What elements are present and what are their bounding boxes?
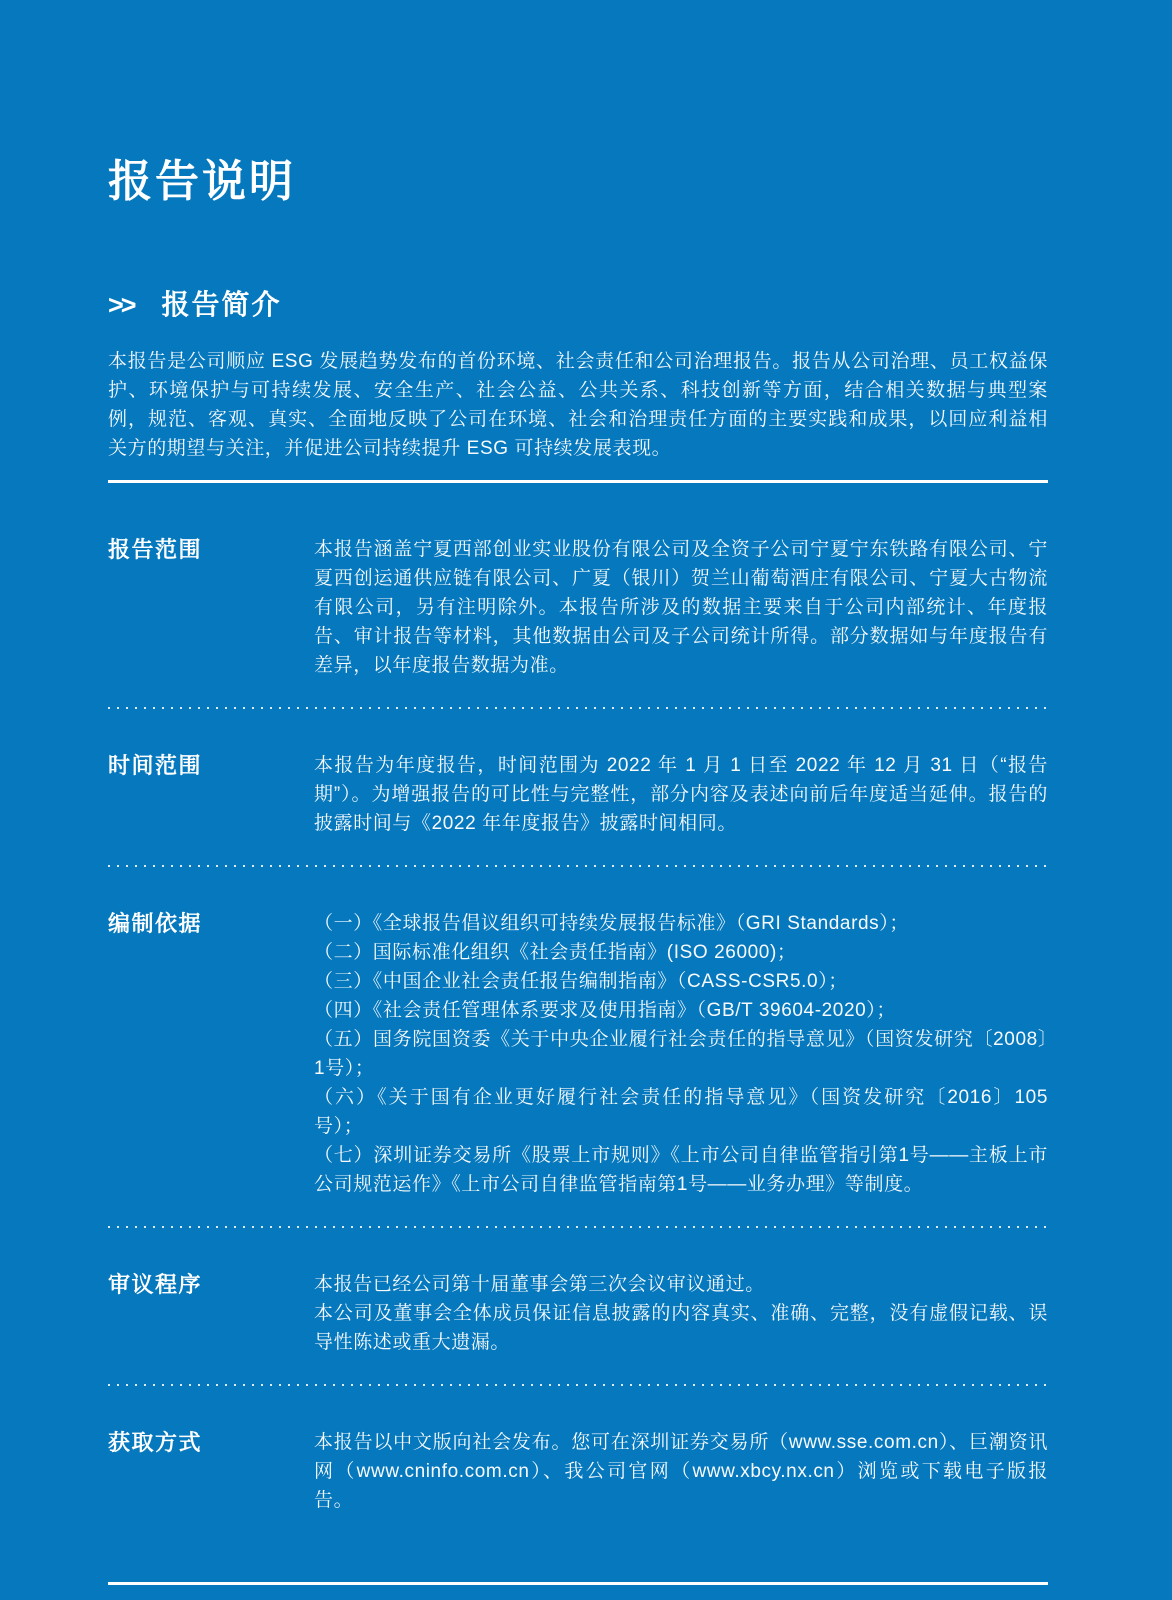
intro-paragraph: 本报告是公司顺应 ESG 发展趋势发布的首份环境、社会责任和公司治理报告。报告从… [108,347,1048,463]
section-label: 编制依据 [108,909,314,1199]
section-paragraph: （一）《全球报告倡议组织可持续发展报告标准》（GRI Standards）； [314,909,1048,938]
report-description-page: 报告说明 >> 报告简介 本报告是公司顺应 ESG 发展趋势发布的首份环境、社会… [0,0,1172,1600]
section-paragraph: 本报告已经公司第十届董事会第三次会议审议通过。 [314,1270,1048,1299]
section-label: 报告范围 [108,535,314,680]
page-title: 报告说明 [108,0,1048,206]
section-row: 审议程序本报告已经公司第十届董事会第三次会议审议通过。本公司及董事会全体成员保证… [108,1228,1048,1384]
section-label: 获取方式 [108,1428,314,1515]
section-content: 本报告为年度报告，时间范围为 2022 年 1 月 1 日至 2022 年 12… [314,751,1048,838]
section-paragraph: （六）《关于国有企业更好履行社会责任的指导意见》（国资发研究〔2016〕105号… [314,1083,1048,1141]
section-row: 获取方式本报告以中文版向社会发布。您可在深圳证券交易所（www.sse.com.… [108,1386,1048,1542]
section-label: 时间范围 [108,751,314,838]
section-row: 时间范围本报告为年度报告，时间范围为 2022 年 1 月 1 日至 2022 … [108,709,1048,865]
section-row: 报告范围本报告涵盖宁夏西部创业实业股份有限公司及全资子公司宁夏宁东铁路有限公司、… [108,483,1048,707]
section-paragraph: 本公司及董事会全体成员保证信息披露的内容真实、准确、完整，没有虚假记载、误导性陈… [314,1299,1048,1357]
section-header: >> 报告简介 [108,290,1048,320]
section-row: 编制依据（一）《全球报告倡议组织可持续发展报告标准》（GRI Standards… [108,867,1048,1226]
section-paragraph: （三）《中国企业社会责任报告编制指南》（CASS-CSR5.0）； [314,967,1048,996]
section-content: 本报告涵盖宁夏西部创业实业股份有限公司及全资子公司宁夏宁东铁路有限公司、宁夏西创… [314,535,1048,680]
section-paragraph: （二）国际标准化组织《社会责任指南》(ISO 26000)； [314,938,1048,967]
bottom-rule [108,1582,1048,1585]
section-paragraph: 本报告涵盖宁夏西部创业实业股份有限公司及全资子公司宁夏宁东铁路有限公司、宁夏西创… [314,535,1048,680]
section-content: （一）《全球报告倡议组织可持续发展报告标准》（GRI Standards）；（二… [314,909,1048,1199]
section-content: 本报告已经公司第十届董事会第三次会议审议通过。本公司及董事会全体成员保证信息披露… [314,1270,1048,1357]
section-paragraph: （五）国务院国资委《关于中央企业履行社会责任的指导意见》（国资发研究〔2008〕… [314,1025,1048,1083]
section-header-label: 报告简介 [162,290,282,320]
section-paragraph: 本报告以中文版向社会发布。您可在深圳证券交易所（www.sse.com.cn）、… [314,1428,1048,1515]
section-label: 审议程序 [108,1270,314,1357]
chevrons-icon: >> [108,290,134,320]
section-content: 本报告以中文版向社会发布。您可在深圳证券交易所（www.sse.com.cn）、… [314,1428,1048,1515]
section-paragraph: 本报告为年度报告，时间范围为 2022 年 1 月 1 日至 2022 年 12… [314,751,1048,838]
sections-list: 报告范围本报告涵盖宁夏西部创业实业股份有限公司及全资子公司宁夏宁东铁路有限公司、… [108,483,1048,1542]
section-paragraph: （四）《社会责任管理体系要求及使用指南》（GB/T 39604-2020）； [314,996,1048,1025]
section-paragraph: （七）深圳证券交易所《股票上市规则》《上市公司自律监管指引第1号——主板上市公司… [314,1141,1048,1199]
